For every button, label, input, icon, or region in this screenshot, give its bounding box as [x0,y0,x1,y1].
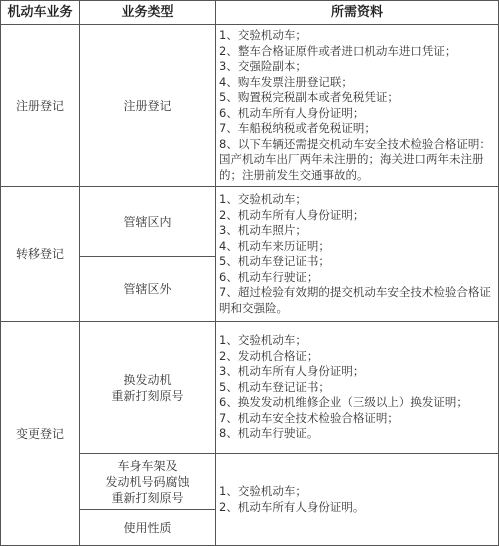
doc-item: 4、机动车来历证明； [219,239,494,255]
doc-item: 3、机动车照片； [219,223,494,239]
doc-item: 5、机动车登记证书； [219,380,468,396]
doc-item: 1、交验机动车； [219,192,494,208]
register-docs: 1、交验机动车； 2、整车合格证原件或者进口机动车进口凭证； 3、交强险副本； … [215,24,499,187]
doc-item: 8、以下车辆还需提交机动车安全技术检验合格证明：国产机动车出厂两年未注册的；海关… [219,137,494,184]
doc-item: 6、机动车所有人身份证明； [219,106,494,122]
change-business: 变更登记 [0,321,80,546]
header-business: 机动车业务 [0,0,80,25]
doc-item: 5、购置税完税副本或者免税凭证； [219,90,494,106]
doc-item: 5、机动车登记证书； [219,254,494,270]
change-other-docs-list: 1、交验机动车； 2、机动车所有人身份证明。 [219,484,364,515]
doc-item: 1、交验机动车； [219,333,468,349]
transfer-type-inside: 管辖区内 [79,186,216,257]
change-type-usage: 使用性质 [79,509,216,546]
header-docs: 所需资料 [215,0,499,25]
header-type: 业务类型 [79,0,216,25]
change-engine-docs: 1、交验机动车； 2、发动机合格证； 3、机动车所有人身份证明； 5、机动车登记… [215,321,499,454]
transfer-type-outside: 管辖区外 [79,256,216,322]
doc-item: 3、交强险副本； [219,59,494,75]
register-business: 注册登记 [0,24,80,187]
doc-item: 7、超过检验有效期的提交机动车安全技术检验合格证明和交强险。 [219,285,494,316]
transfer-docs: 1、交验机动车； 2、机动车所有人身份证明； 3、机动车照片； 4、机动车来历证… [215,186,499,322]
doc-item: 7、车船税纳税或者免税证明； [219,121,494,137]
doc-item: 1、交验机动车； [219,28,494,44]
doc-item: 2、发动机合格证； [219,349,468,365]
doc-item: 6、机动车行驶证； [219,270,494,286]
doc-item: 8、机动车行驶证。 [219,426,468,442]
doc-item: 2、机动车所有人身份证明； [219,208,494,224]
doc-item: 2、整车合格证原件或者进口机动车进口凭证； [219,44,494,60]
transfer-business: 转移登记 [0,186,80,322]
change-other-docs: 1、交验机动车； 2、机动车所有人身份证明。 [215,453,499,546]
vehicle-business-table: 机动车业务 业务类型 所需资料 注册登记 注册登记 1、交验机动车； 2、整车合… [0,0,499,546]
doc-item: 6、换发发动机维修企业（三级以上）换发证明； [219,395,468,411]
doc-item: 2、机动车所有人身份证明。 [219,500,364,516]
change-type-engine: 换发动机 重新打刻原号 [79,321,216,454]
doc-item: 1、交验机动车； [219,484,364,500]
doc-item: 7、机动车安全技术检验合格证明； [219,411,468,427]
register-docs-list: 1、交验机动车； 2、整车合格证原件或者进口机动车进口凭证； 3、交强险副本； … [219,28,494,183]
register-type: 注册登记 [79,24,216,187]
doc-item: 3、机动车所有人身份证明； [219,364,468,380]
change-engine-docs-list: 1、交验机动车； 2、发动机合格证； 3、机动车所有人身份证明； 5、机动车登记… [219,333,468,442]
doc-item: 4、购车发票注册登记联； [219,75,494,91]
transfer-docs-list: 1、交验机动车； 2、机动车所有人身份证明； 3、机动车照片； 4、机动车来历证… [219,192,494,316]
change-type-corrosion: 车身车架及 发动机号码腐蚀 重新打刻原号 [79,453,216,510]
